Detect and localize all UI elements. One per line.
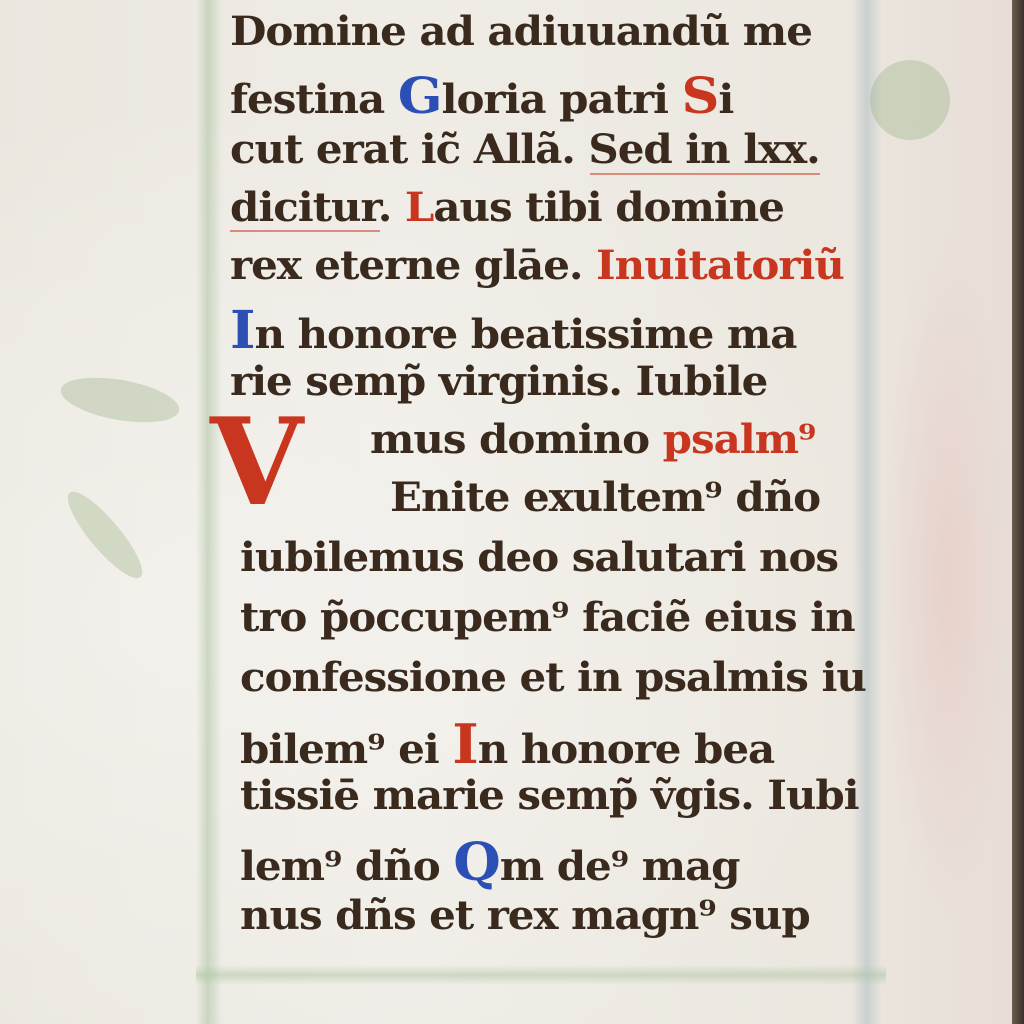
text-line: In honore beatissime ma [230,300,796,361]
line-text: confessione et in psalmis iu [240,654,866,701]
red-initial: L [405,184,433,231]
line-text: m dе⁹ mag [500,843,740,890]
text-line: Enite exultem⁹ dño [390,474,820,521]
line-text: dicitur. [230,184,405,231]
line-text: Domine ad adiuuandũ me [230,8,812,55]
vine-leaf-decoration [58,483,152,587]
line-text: cut erat ic̃ Allã. [230,126,588,173]
line-text: nus dñs et rex magn⁹ sup [240,892,810,939]
line-text: aus tibi domine [433,184,784,231]
border-frame-right [852,0,882,1024]
text-line: rex eterne glāe. Inuitatoriũ [230,242,844,289]
rubric-text: Sed in lxx. [588,126,819,173]
line-text: tro p̃occupem⁹ faciẽ eius in [240,594,855,641]
text-line: nus dñs et rex magn⁹ sup [240,892,810,939]
line-text: festina [230,76,398,123]
rubric-text: Inuitatoriũ [596,242,844,289]
red-initial: S [682,66,719,125]
blue-initial: G [398,66,442,125]
faded-border-decoration [880,230,1012,930]
text-line: rie semp̃ virginis. Iubile [230,358,767,405]
line-text: Enite exultem⁹ dño [390,474,820,521]
vine-leaf-decoration [870,60,950,140]
line-text: tissiē marie semp̃ ṽgis. Iubi [240,772,859,819]
line-text: rex eterne glāe. [230,242,596,289]
line-text: mus domino [370,416,663,463]
text-line: festina Gloria patri Si [230,66,733,125]
line-text: rie semp̃ virginis. Iubile [230,358,767,405]
text-line: tro p̃occupem⁹ faciẽ eius in [240,594,855,641]
line-text: lem⁹ dño [240,843,453,890]
red-initial: I [452,712,477,776]
text-line: lem⁹ dño Qm dе⁹ mag [240,832,739,893]
binding-edge [1012,0,1024,1024]
text-line: tissiē marie semp̃ ṽgis. Iubi [240,772,859,819]
vine-leaf-decoration [57,370,182,430]
blue-initial: Q [453,832,500,893]
line-text: i [718,76,733,123]
line-text: iubilemus deo salutari nos [240,534,838,581]
text-line: Domine ad adiuuandũ me [230,8,812,55]
rubric-text: psalm⁹ [663,416,816,463]
manuscript-page: Domine ad adiuuandũ me festina Gloria p… [0,0,1024,1024]
text-line: mus domino psalm⁹ [370,416,815,463]
line-text: loria patri [442,76,682,123]
text-line: dicitur. Laus tibi domine [230,184,784,231]
text-line: bilem⁹ ei In honore bea [240,712,774,776]
text-line: confessione et in psalmis iu [240,654,866,701]
blue-initial: I [230,300,254,361]
rubric-underline [230,230,380,232]
text-line: iubilemus deo salutari nos [240,534,838,581]
line-text: bilem⁹ ei [240,726,452,773]
text-line: cut erat ic̃ Allã. Sed in lxx. [230,126,820,173]
rubric-underline [590,173,820,175]
line-text: n honore beatissime ma [254,311,796,358]
line-text: n honore bea [478,726,774,773]
red-large-initial: V [210,403,303,523]
border-frame-bottom [196,965,886,985]
